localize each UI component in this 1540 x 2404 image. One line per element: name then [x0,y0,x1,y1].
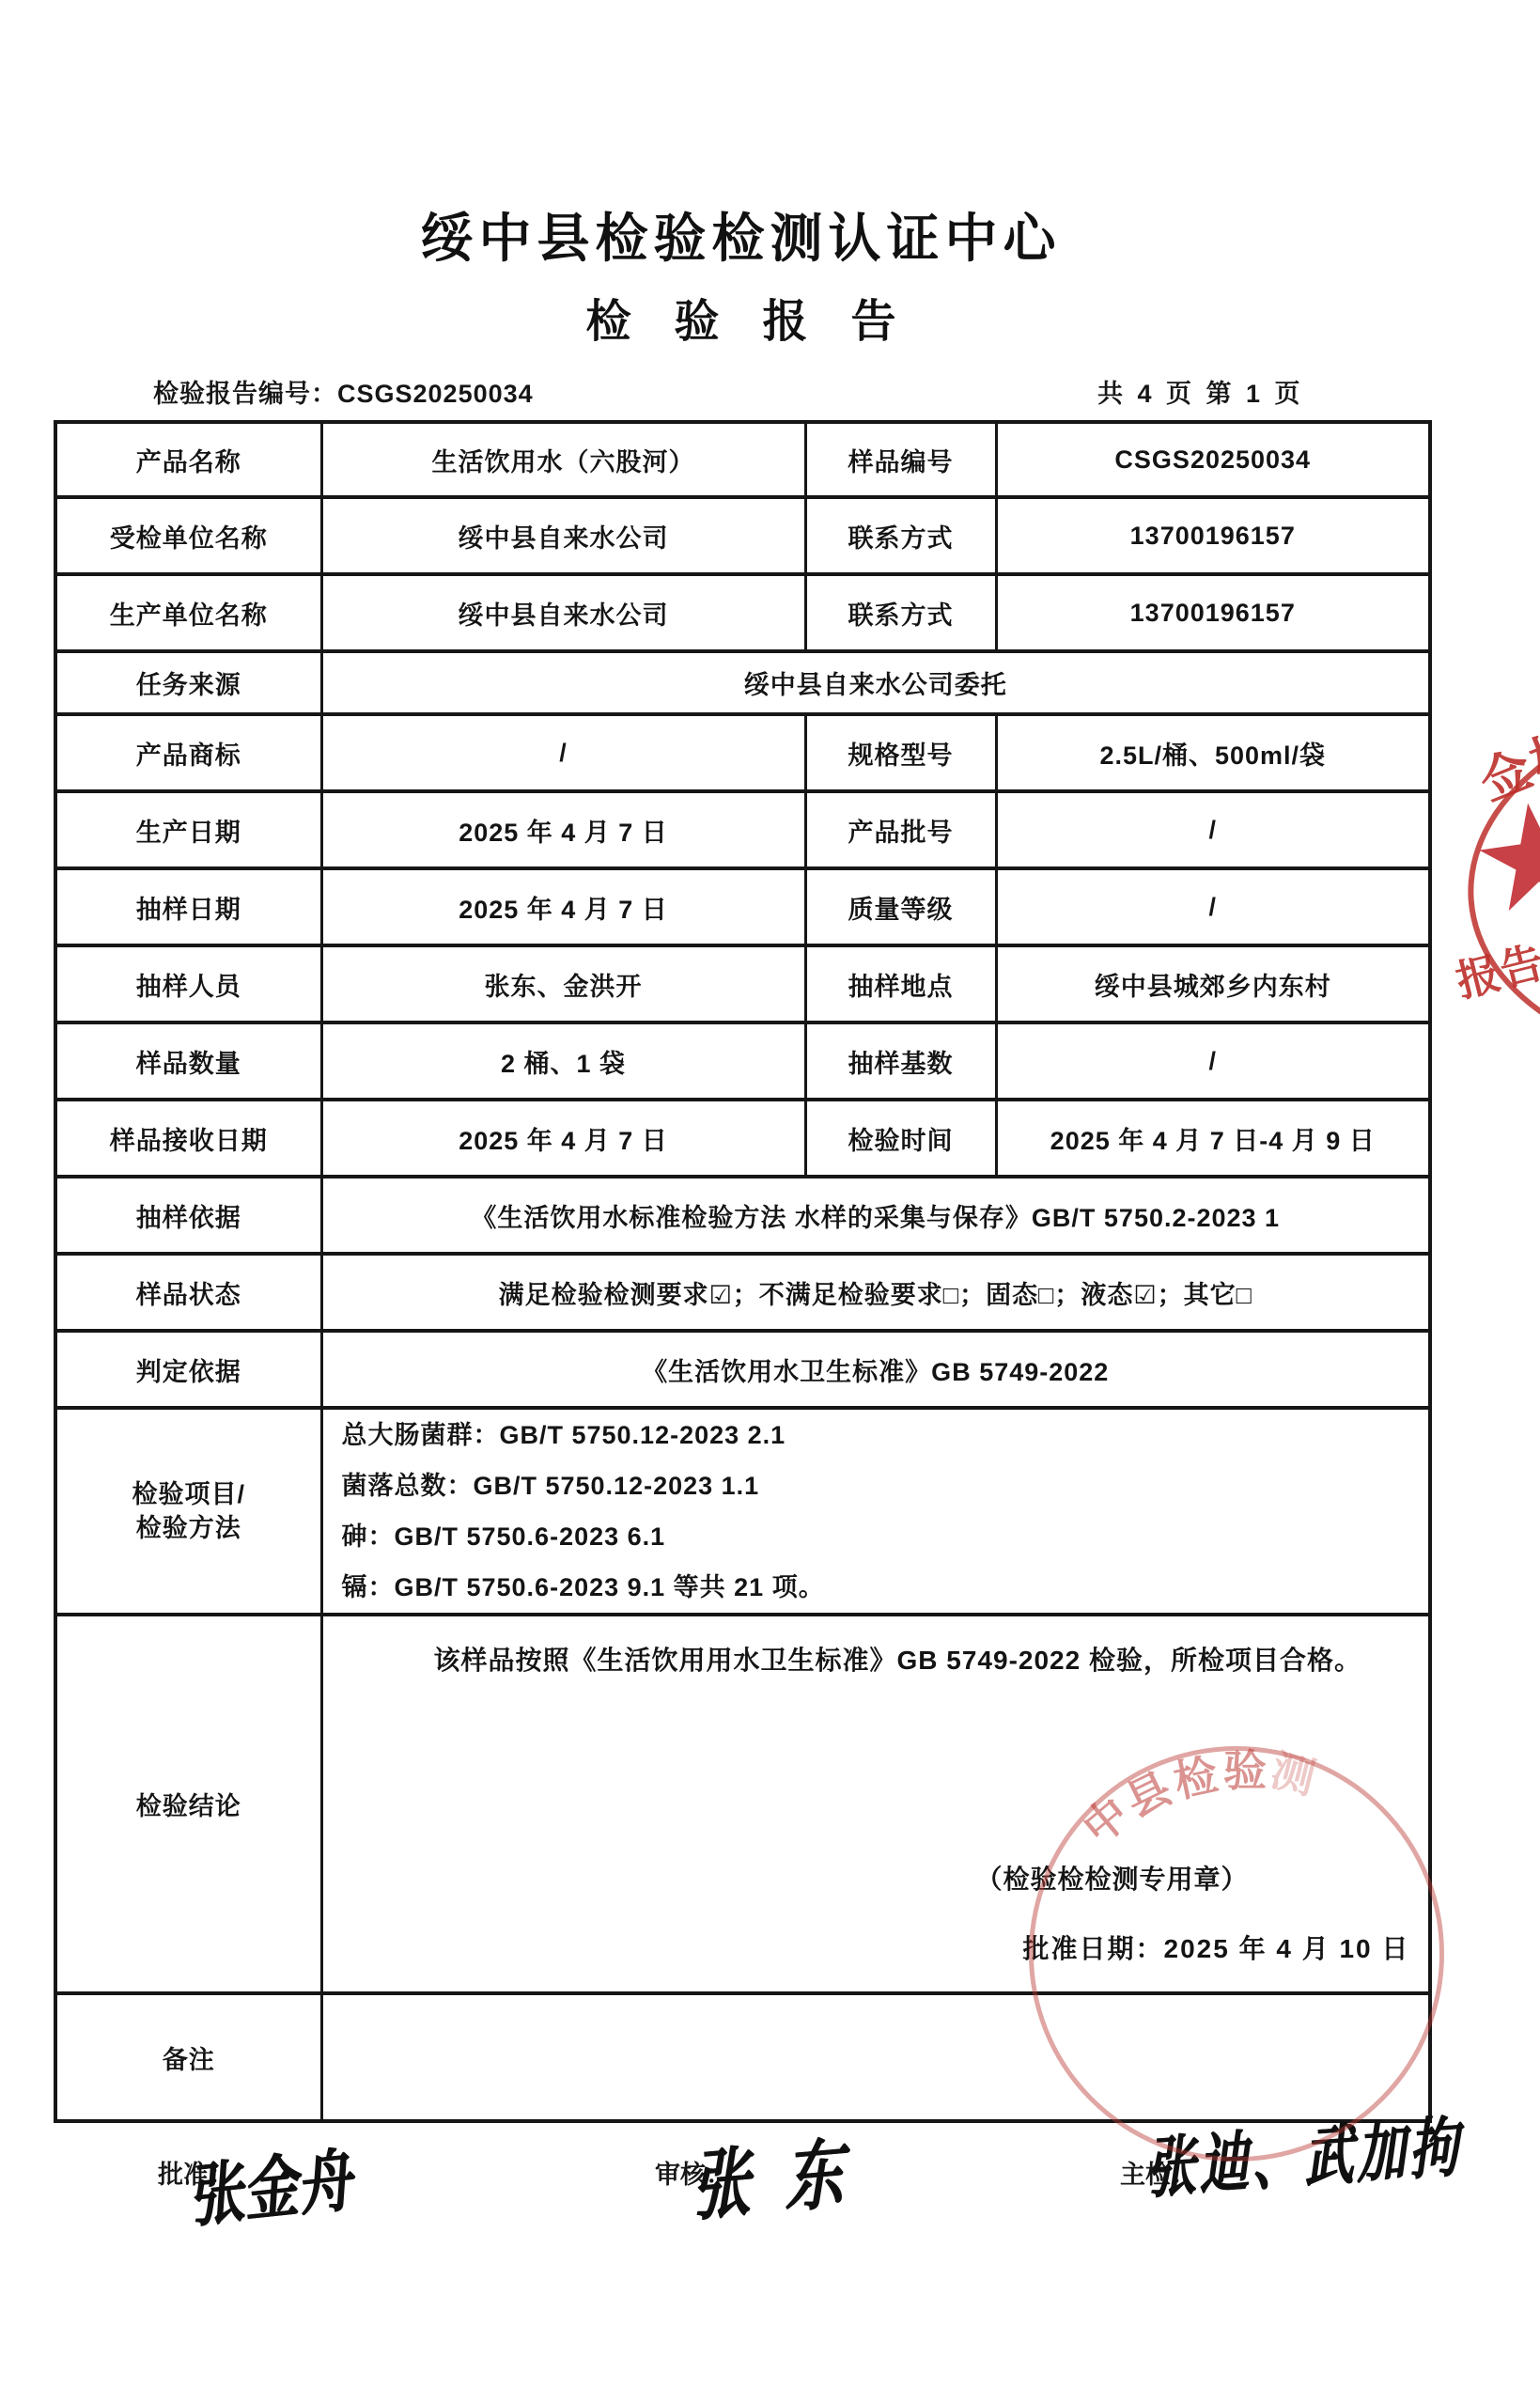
conclusion-cell: 该样品按照《生活饮用用水卫生标准》GB 5749-2022 检验，所检项目合格。… [321,1615,1430,1993]
row-value: 13700196157 [996,497,1430,574]
row-label: 备注 [55,1993,321,2121]
table-row: 抽样依据 《生活饮用水标准检验方法 水样的采集与保存》GB/T 5750.2-2… [55,1177,1430,1254]
table-row: 抽样日期 2025 年 4 月 7 日 质量等级 / [55,868,1430,945]
row-value: 2025 年 4 月 7 日 [321,868,805,945]
test-item: 总大肠菌群：GB/T 5750.12-2023 2.1 [342,1410,1423,1460]
table-row: 样品数量 2 桶、1 袋 抽样基数 / [55,1022,1430,1100]
row-label: 样品编号 [805,422,996,497]
row-value: / [996,868,1430,945]
row-label: 规格型号 [805,714,996,791]
approve-date: 批准日期：2025 年 4 月 10 日 [1023,1928,1410,1966]
row-value: 绥中县自来水公司 [321,497,805,574]
row-label: 样品状态 [55,1254,321,1331]
row-value: 2 桶、1 袋 [321,1022,805,1100]
org-title: 绥中县检验检测认证中心 [54,197,1428,273]
report-number-value: CSGS20250034 [337,380,534,408]
report-number-label: 检验报告编号： [153,380,337,408]
edge-seal-oval [1455,679,1540,1085]
row-label-line2: 检验方法 [63,1511,315,1545]
table-row: 生产日期 2025 年 4 月 7 日 产品批号 / [55,791,1430,868]
test-items-list: 总大肠菌群：GB/T 5750.12-2023 2.1 菌落总数：GB/T 57… [321,1408,1430,1615]
row-label: 受检单位名称 [55,497,321,574]
table-row: 产品商标 / 规格型号 2.5L/桶、500ml/袋 [55,714,1430,791]
row-label: 样品数量 [55,1022,321,1100]
row-label: 联系方式 [805,574,996,651]
row-label: 抽样依据 [55,1177,321,1254]
page-info: 共 4 页 第 1 页 [1097,373,1304,410]
row-label: 样品接收日期 [55,1100,321,1177]
row-label: 产品名称 [55,422,321,497]
table-row: 样品接收日期 2025 年 4 月 7 日 检验时间 2025 年 4 月 7 … [55,1100,1430,1177]
conclusion-text: 该样品按照《生活饮用用水卫生标准》GB 5749-2022 检验，所检项目合格。 [329,1616,1423,1680]
remarks-value [321,1993,1430,2121]
row-value: 绥中县自来水公司委托 [321,651,1430,714]
table-row-test-items: 检验项目/ 检验方法 总大肠菌群：GB/T 5750.12-2023 2.1 菌… [55,1408,1430,1615]
row-value: 绥中县自来水公司 [321,574,805,651]
row-label: 质量等级 [805,868,996,945]
edge-seal-bottom-text: 报告专 [1449,917,1540,1010]
sample-state-checkboxes: 满足检验检测要求☑；不满足检验要求□；固态□；液态☑；其它□ [321,1254,1430,1331]
row-label-line1: 检验项目/ [63,1477,315,1511]
row-label: 产品批号 [805,791,996,868]
approve-signature: 张金舟 [190,2124,359,2241]
row-label: 检验项目/ 检验方法 [55,1408,321,1615]
inspection-report-page: 绥中县检验检测认证中心 检验报告 检验报告编号：CSGS20250034 共 4… [0,0,1540,2404]
row-label: 产品商标 [55,714,321,791]
row-value: / [996,791,1430,868]
seal-note: （检验检检测专用章） [976,1859,1249,1897]
table-row: 判定依据 《生活饮用水卫生标准》GB 5749-2022 [55,1331,1430,1408]
report-table: 产品名称 生活饮用水（六股河） 样品编号 CSGS20250034 受检单位名称… [54,420,1432,2123]
table-row-remarks: 备注 [55,1993,1430,2121]
review-signature: 张 东 [689,2111,866,2236]
row-value: 生活饮用水（六股河） [321,422,805,497]
row-value: 2.5L/桶、500ml/袋 [996,714,1430,791]
table-row: 样品状态 满足检验检测要求☑；不满足检验要求□；固态□；液态☑；其它□ [55,1254,1430,1331]
row-value: 2025 年 4 月 7 日 [321,791,805,868]
test-item: 镉：GB/T 5750.6-2023 9.1 等共 21 项。 [342,1562,1423,1613]
row-label: 抽样地点 [805,945,996,1022]
table-row: 受检单位名称 绥中县自来水公司 联系方式 13700196157 [55,497,1430,574]
row-value: 绥中县城郊乡内东村 [996,945,1430,1022]
test-item: 砷：GB/T 5750.6-2023 6.1 [342,1511,1423,1562]
report-title: 检验报告 [54,285,1428,350]
table-row: 任务来源 绥中县自来水公司委托 [55,651,1430,714]
row-label: 抽样基数 [805,1022,996,1100]
row-value: / [321,714,805,791]
row-label: 联系方式 [805,497,996,574]
row-value: 2025 年 4 月 7 日 [321,1100,805,1177]
table-row-conclusion: 检验结论 该样品按照《生活饮用用水卫生标准》GB 5749-2022 检验，所检… [55,1615,1430,1993]
row-label: 生产日期 [55,791,321,868]
edge-seal-top-text: 佥检 [1468,708,1540,816]
row-label: 抽样人员 [55,945,321,1022]
row-label: 任务来源 [55,651,321,714]
row-value: / [996,1022,1430,1100]
table-row: 产品名称 生活饮用水（六股河） 样品编号 CSGS20250034 [55,422,1430,497]
row-value: 13700196157 [996,574,1430,651]
row-label: 检验结论 [55,1615,321,1993]
row-value: 2025 年 4 月 7 日-4 月 9 日 [996,1100,1430,1177]
table-row: 生产单位名称 绥中县自来水公司 联系方式 13700196157 [55,574,1430,651]
row-label: 生产单位名称 [55,574,321,651]
test-item: 菌落总数：GB/T 5750.12-2023 1.1 [342,1460,1423,1511]
row-value: 《生活饮用水卫生标准》GB 5749-2022 [321,1331,1430,1408]
row-label: 判定依据 [55,1331,321,1408]
star-icon: ★ [1462,777,1540,936]
row-value: 张东、金洪开 [321,945,805,1022]
report-number-line: 检验报告编号：CSGS20250034 [153,373,534,410]
row-label: 检验时间 [805,1100,996,1177]
row-label: 抽样日期 [55,868,321,945]
row-value: 《生活饮用水标准检验方法 水样的采集与保存》GB/T 5750.2-2023 1 [321,1177,1430,1254]
table-row: 抽样人员 张东、金洪开 抽样地点 绥中县城郊乡内东村 [55,945,1430,1022]
row-value: CSGS20250034 [996,422,1430,497]
